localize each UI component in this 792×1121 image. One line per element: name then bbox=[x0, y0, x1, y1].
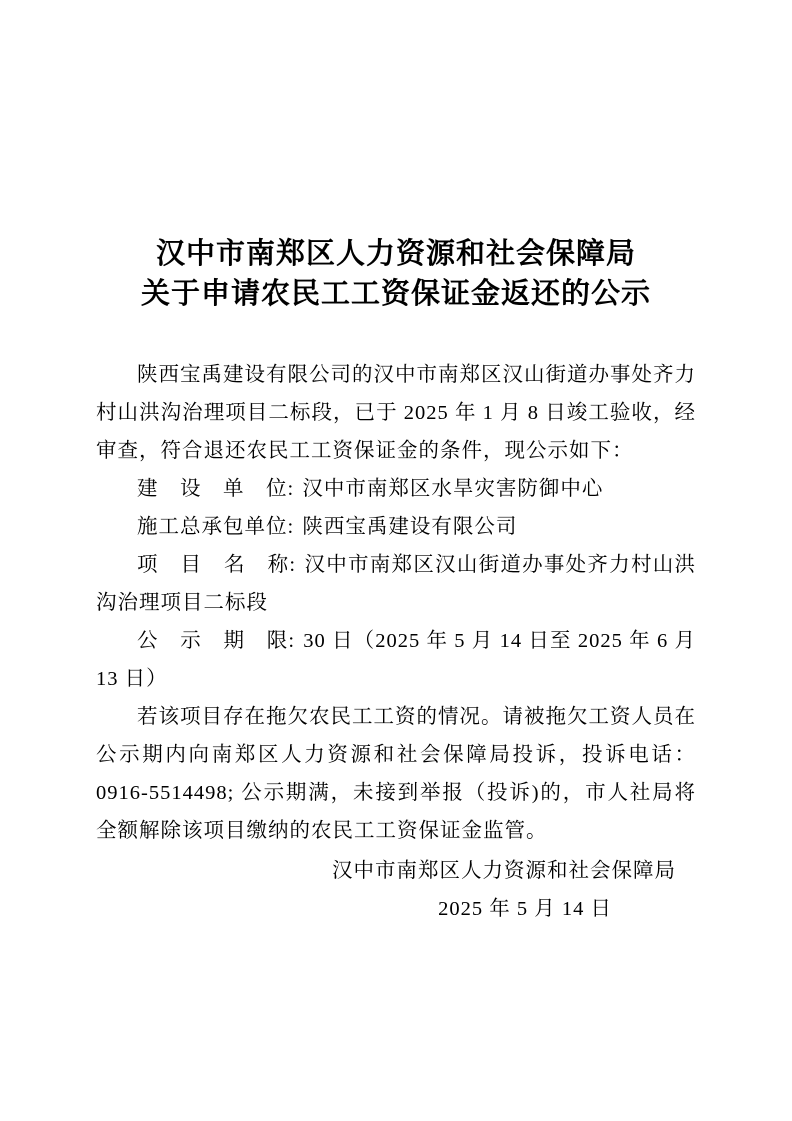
field-construction-unit-value: 汉中市南郑区水旱灾害防御中心 bbox=[302, 478, 603, 500]
field-publicity-period-label: 公 示 期 限: bbox=[137, 630, 295, 652]
title-line-2: 关于申请农民工工资保证金返还的公示 bbox=[96, 274, 696, 314]
field-contractor-unit-value: 陕西宝禹建设有限公司 bbox=[302, 516, 517, 538]
field-contractor-unit: 施工总承包单位:陕西宝禹建设有限公司 bbox=[96, 508, 696, 546]
intro-paragraph: 陕西宝禹建设有限公司的汉中市南郑区汉山街道办事处齐力村山洪沟治理项目二标段，已于… bbox=[96, 356, 696, 470]
field-project-name-label: 项 目 名 称: bbox=[137, 554, 296, 576]
complaint-paragraph: 若该项目存在拖欠农民工工资的情况。请被拖欠工资人员在公示期内向南郑区人力资源和社… bbox=[96, 698, 696, 850]
field-project-name: 项 目 名 称:汉中市南郑区汉山街道办事处齐力村山洪沟治理项目二标段 bbox=[96, 546, 696, 622]
signature-block: 汉中市南郑区人力资源和社会保障局 2025 年 5 月 14 日 bbox=[96, 852, 696, 928]
issuer-signature: 汉中市南郑区人力资源和社会保障局 bbox=[96, 852, 696, 890]
document-page: 汉中市南郑区人力资源和社会保障局 关于申请农民工工资保证金返还的公示 陕西宝禹建… bbox=[0, 0, 792, 1121]
field-construction-unit-label: 建 设 单 位: bbox=[137, 478, 294, 500]
document-title: 汉中市南郑区人力资源和社会保障局 关于申请农民工工资保证金返还的公示 bbox=[96, 234, 696, 314]
title-line-1: 汉中市南郑区人力资源和社会保障局 bbox=[96, 234, 696, 274]
field-publicity-period: 公 示 期 限:30 日（2025 年 5 月 14 日至 2025 年 6 月… bbox=[96, 622, 696, 698]
document-body: 陕西宝禹建设有限公司的汉中市南郑区汉山街道办事处齐力村山洪沟治理项目二标段，已于… bbox=[96, 356, 696, 850]
field-construction-unit: 建 设 单 位:汉中市南郑区水旱灾害防御中心 bbox=[96, 470, 696, 508]
issue-date: 2025 年 5 月 14 日 bbox=[96, 890, 696, 928]
field-contractor-unit-label: 施工总承包单位: bbox=[137, 516, 294, 538]
